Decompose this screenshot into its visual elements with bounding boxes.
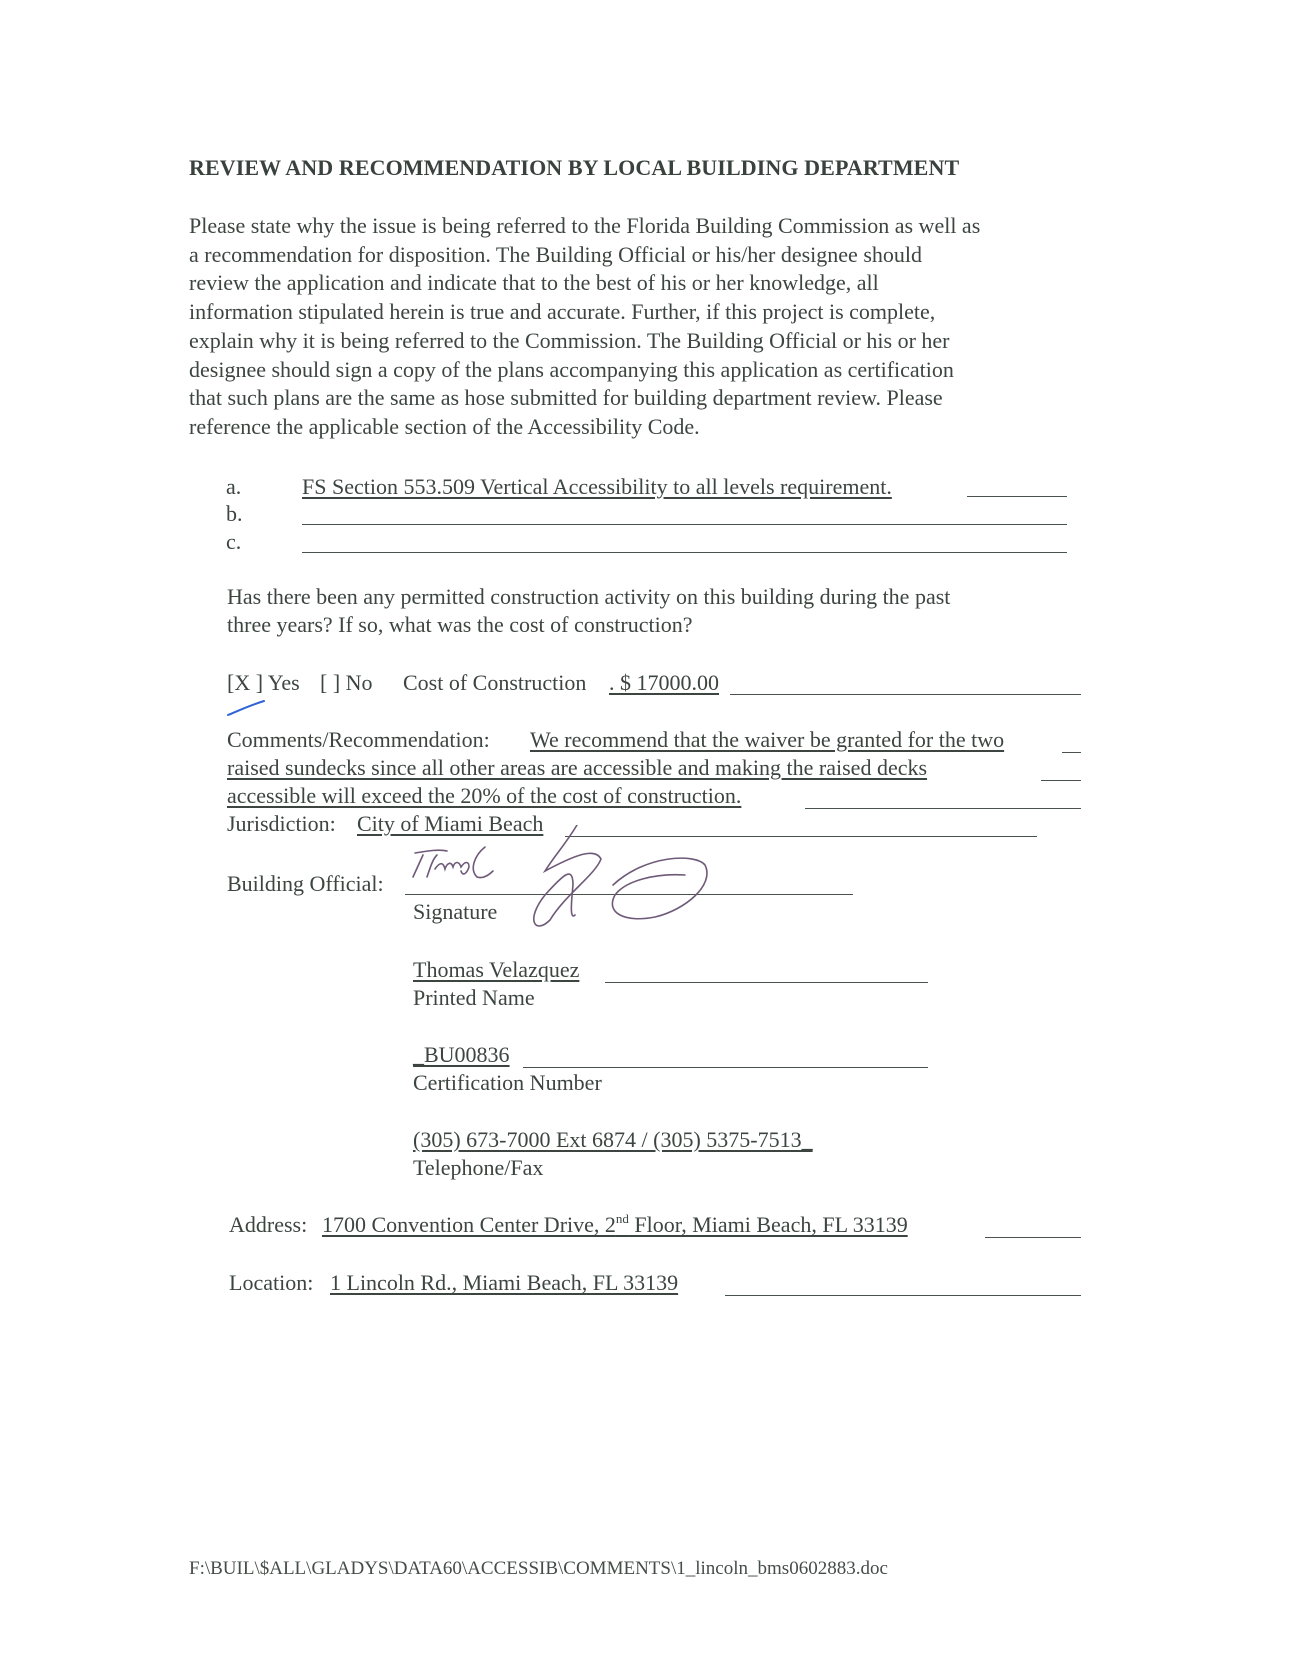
comments-label: Comments/Recommendation: [227,727,490,753]
comments-underline [805,808,1081,809]
address-field[interactable]: 1700 Convention Center Drive, 2nd Floor,… [322,1212,908,1238]
comments-line[interactable]: We recommend that the waiver be granted … [530,727,1004,753]
yes-checkbox[interactable]: [X ] Yes [227,670,300,696]
signature-icon [405,825,725,945]
instructions-line: a recommendation for disposition. The Bu… [189,241,1069,270]
instructions-line: review the application and indicate that… [189,269,1069,298]
instructions-line: designee should sign a copy of the plans… [189,356,1069,385]
address-label: Address: [229,1212,307,1238]
address-underline [985,1237,1081,1238]
construction-question-line: Has there been any permitted constructio… [227,584,950,610]
no-checkbox[interactable]: [ ] No [320,670,373,696]
location-underline [725,1295,1081,1296]
section-c-field[interactable] [302,552,1067,553]
construction-question-line: three years? If so, what was the cost of… [227,612,693,638]
comments-underline [1062,752,1081,753]
address-value-superscript: nd [616,1211,629,1226]
footer-file-path: F:\BUIL\$ALL\GLADYS\DATA60\ACCESSIB\COMM… [189,1558,888,1580]
section-a-letter: a. [226,474,241,500]
telephone-field[interactable]: (305) 673-7000 Ext 6874 / (305) 5375-751… [413,1127,813,1153]
jurisdiction-label: Jurisdiction: [227,811,336,837]
form-heading: REVIEW AND RECOMMENDATION BY LOCAL BUILD… [189,155,959,181]
address-value-part: Floor, Miami Beach, FL 33139 [629,1212,908,1237]
printed-name-underline [605,982,928,983]
comments-line[interactable]: raised sundecks since all other areas ar… [227,755,927,781]
instructions-line: information stipulated herein is true an… [189,298,1069,327]
cost-underline [730,694,1081,695]
instructions-line: explain why it is being referred to the … [189,327,1069,356]
address-label-text: Address: [229,1212,307,1237]
section-a-underline [967,496,1067,497]
cost-value[interactable]: . $ 17000.00 [609,670,719,696]
comments-underline [1041,780,1081,781]
instructions-line: reference the applicable section of the … [189,413,1069,442]
section-a-field[interactable]: FS Section 553.509 Vertical Accessibilit… [302,474,892,500]
comments-line[interactable]: accessible will exceed the 20% of the co… [227,783,741,809]
signature-caption: Signature [413,899,497,925]
location-field[interactable]: 1 Lincoln Rd., Miami Beach, FL 33139 [330,1270,678,1296]
instructions-line: that such plans are the same as hose sub… [189,384,1069,413]
certification-number-underline [523,1067,928,1068]
section-b-field[interactable] [302,524,1067,525]
printed-name-field[interactable]: Thomas Velazquez [413,957,579,983]
telephone-caption: Telephone/Fax [413,1155,543,1181]
certification-number-field[interactable]: _BU00836 [413,1042,510,1068]
location-label: Location: [229,1270,313,1296]
section-b-letter: b. [226,501,243,527]
certification-number-caption: Certification Number [413,1070,602,1096]
checkmark-icon [226,700,266,718]
printed-name-caption: Printed Name [413,985,535,1011]
instructions-paragraph: Please state why the issue is being refe… [189,212,1069,442]
section-c-letter: c. [226,529,241,555]
instructions-line: Please state why the issue is being refe… [189,212,1069,241]
building-official-label: Building Official: [227,871,384,897]
cost-label: Cost of Construction [403,670,586,696]
address-value-part: 1700 Convention Center Drive, 2 [322,1212,616,1237]
